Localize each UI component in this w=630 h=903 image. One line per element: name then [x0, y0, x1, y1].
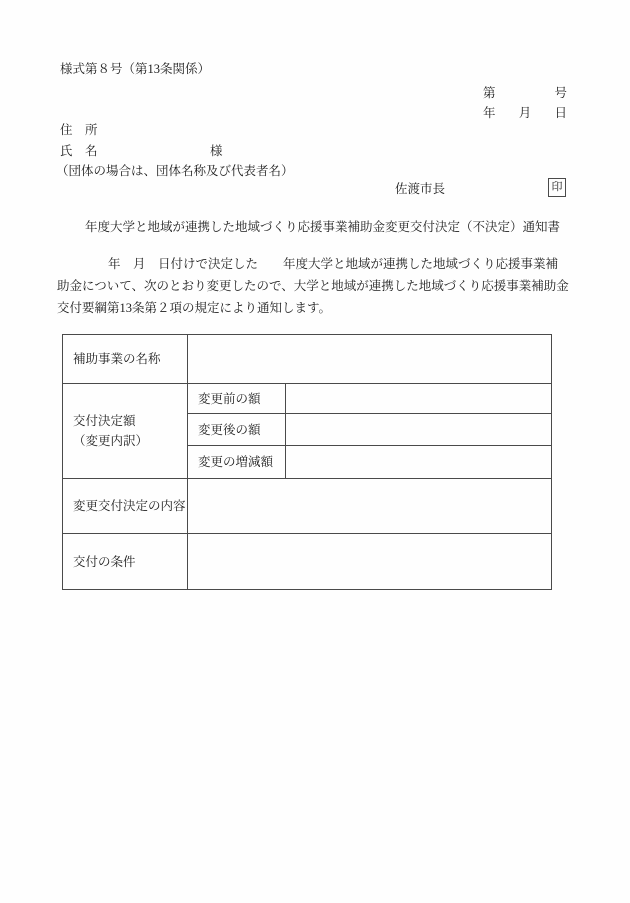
seal-box: 印: [548, 178, 566, 197]
sender-title: 佐渡市長: [395, 182, 445, 197]
document-title: 年度大学と地域が連携した地域づくり応援事業補助金変更交付決定（不決定）通知書: [85, 220, 560, 235]
table-row-conditions: 交付の条件: [63, 534, 552, 590]
amount-before-value-cell: [286, 384, 552, 414]
document-page: 様式第８号（第13条関係） 第 号 年 月 日 住 所 氏 名 様 （団体の場合…: [0, 0, 630, 903]
change-content-label: 変更交付決定の内容: [63, 479, 188, 534]
conditions-label: 交付の条件: [63, 534, 188, 590]
subsidy-change-table: 補助事業の名称 交付決定額 （変更内訳） 変更前の額 変更後の額 変更の増減額 …: [62, 334, 552, 590]
amount-delta-value-cell: [286, 446, 552, 479]
date-year-label: 年: [483, 106, 496, 121]
form-number: 様式第８号（第13条関係）: [60, 62, 210, 77]
body-paragraph-line-1: 年 月 日付けで決定した 年度大学と地域が連携した地域づくり応援事業補: [108, 257, 558, 272]
date-day-label: 日: [554, 106, 567, 121]
honorific-sama: 様: [210, 144, 223, 159]
amount-delta-label: 変更の増減額: [188, 446, 286, 479]
body-paragraph-line-3: 交付要綱第13条第２項の規定により通知します。: [57, 301, 331, 316]
body-paragraph-line-2: 助金について、次のとおり変更したので、大学と地域が連携した地域づくり応援事業補助…: [57, 279, 569, 294]
seal-mark: 印: [552, 181, 563, 193]
address-label: 住 所: [60, 123, 98, 138]
table-row-change-content: 変更交付決定の内容: [63, 479, 552, 534]
table-row-project-name: 補助事業の名称: [63, 335, 552, 384]
date-line: 年 月 日: [483, 106, 567, 121]
docno-suffix: 号: [554, 86, 567, 101]
date-month-label: 月: [519, 106, 532, 121]
grant-amount-label: 交付決定額 （変更内訳）: [63, 384, 188, 479]
amount-after-label: 変更後の額: [188, 414, 286, 446]
amount-after-value-cell: [286, 414, 552, 446]
name-label: 氏 名: [60, 144, 98, 159]
document-number-line: 第 号: [483, 86, 567, 101]
change-content-value-cell: [188, 479, 552, 534]
project-name-value-cell: [188, 335, 552, 384]
conditions-value-cell: [188, 534, 552, 590]
table-row-amount-before: 交付決定額 （変更内訳） 変更前の額: [63, 384, 552, 414]
amount-before-label: 変更前の額: [188, 384, 286, 414]
project-name-label: 補助事業の名称: [63, 335, 188, 384]
group-note: （団体の場合は、団体名称及び代表者名）: [56, 164, 294, 179]
docno-prefix: 第: [483, 86, 496, 101]
